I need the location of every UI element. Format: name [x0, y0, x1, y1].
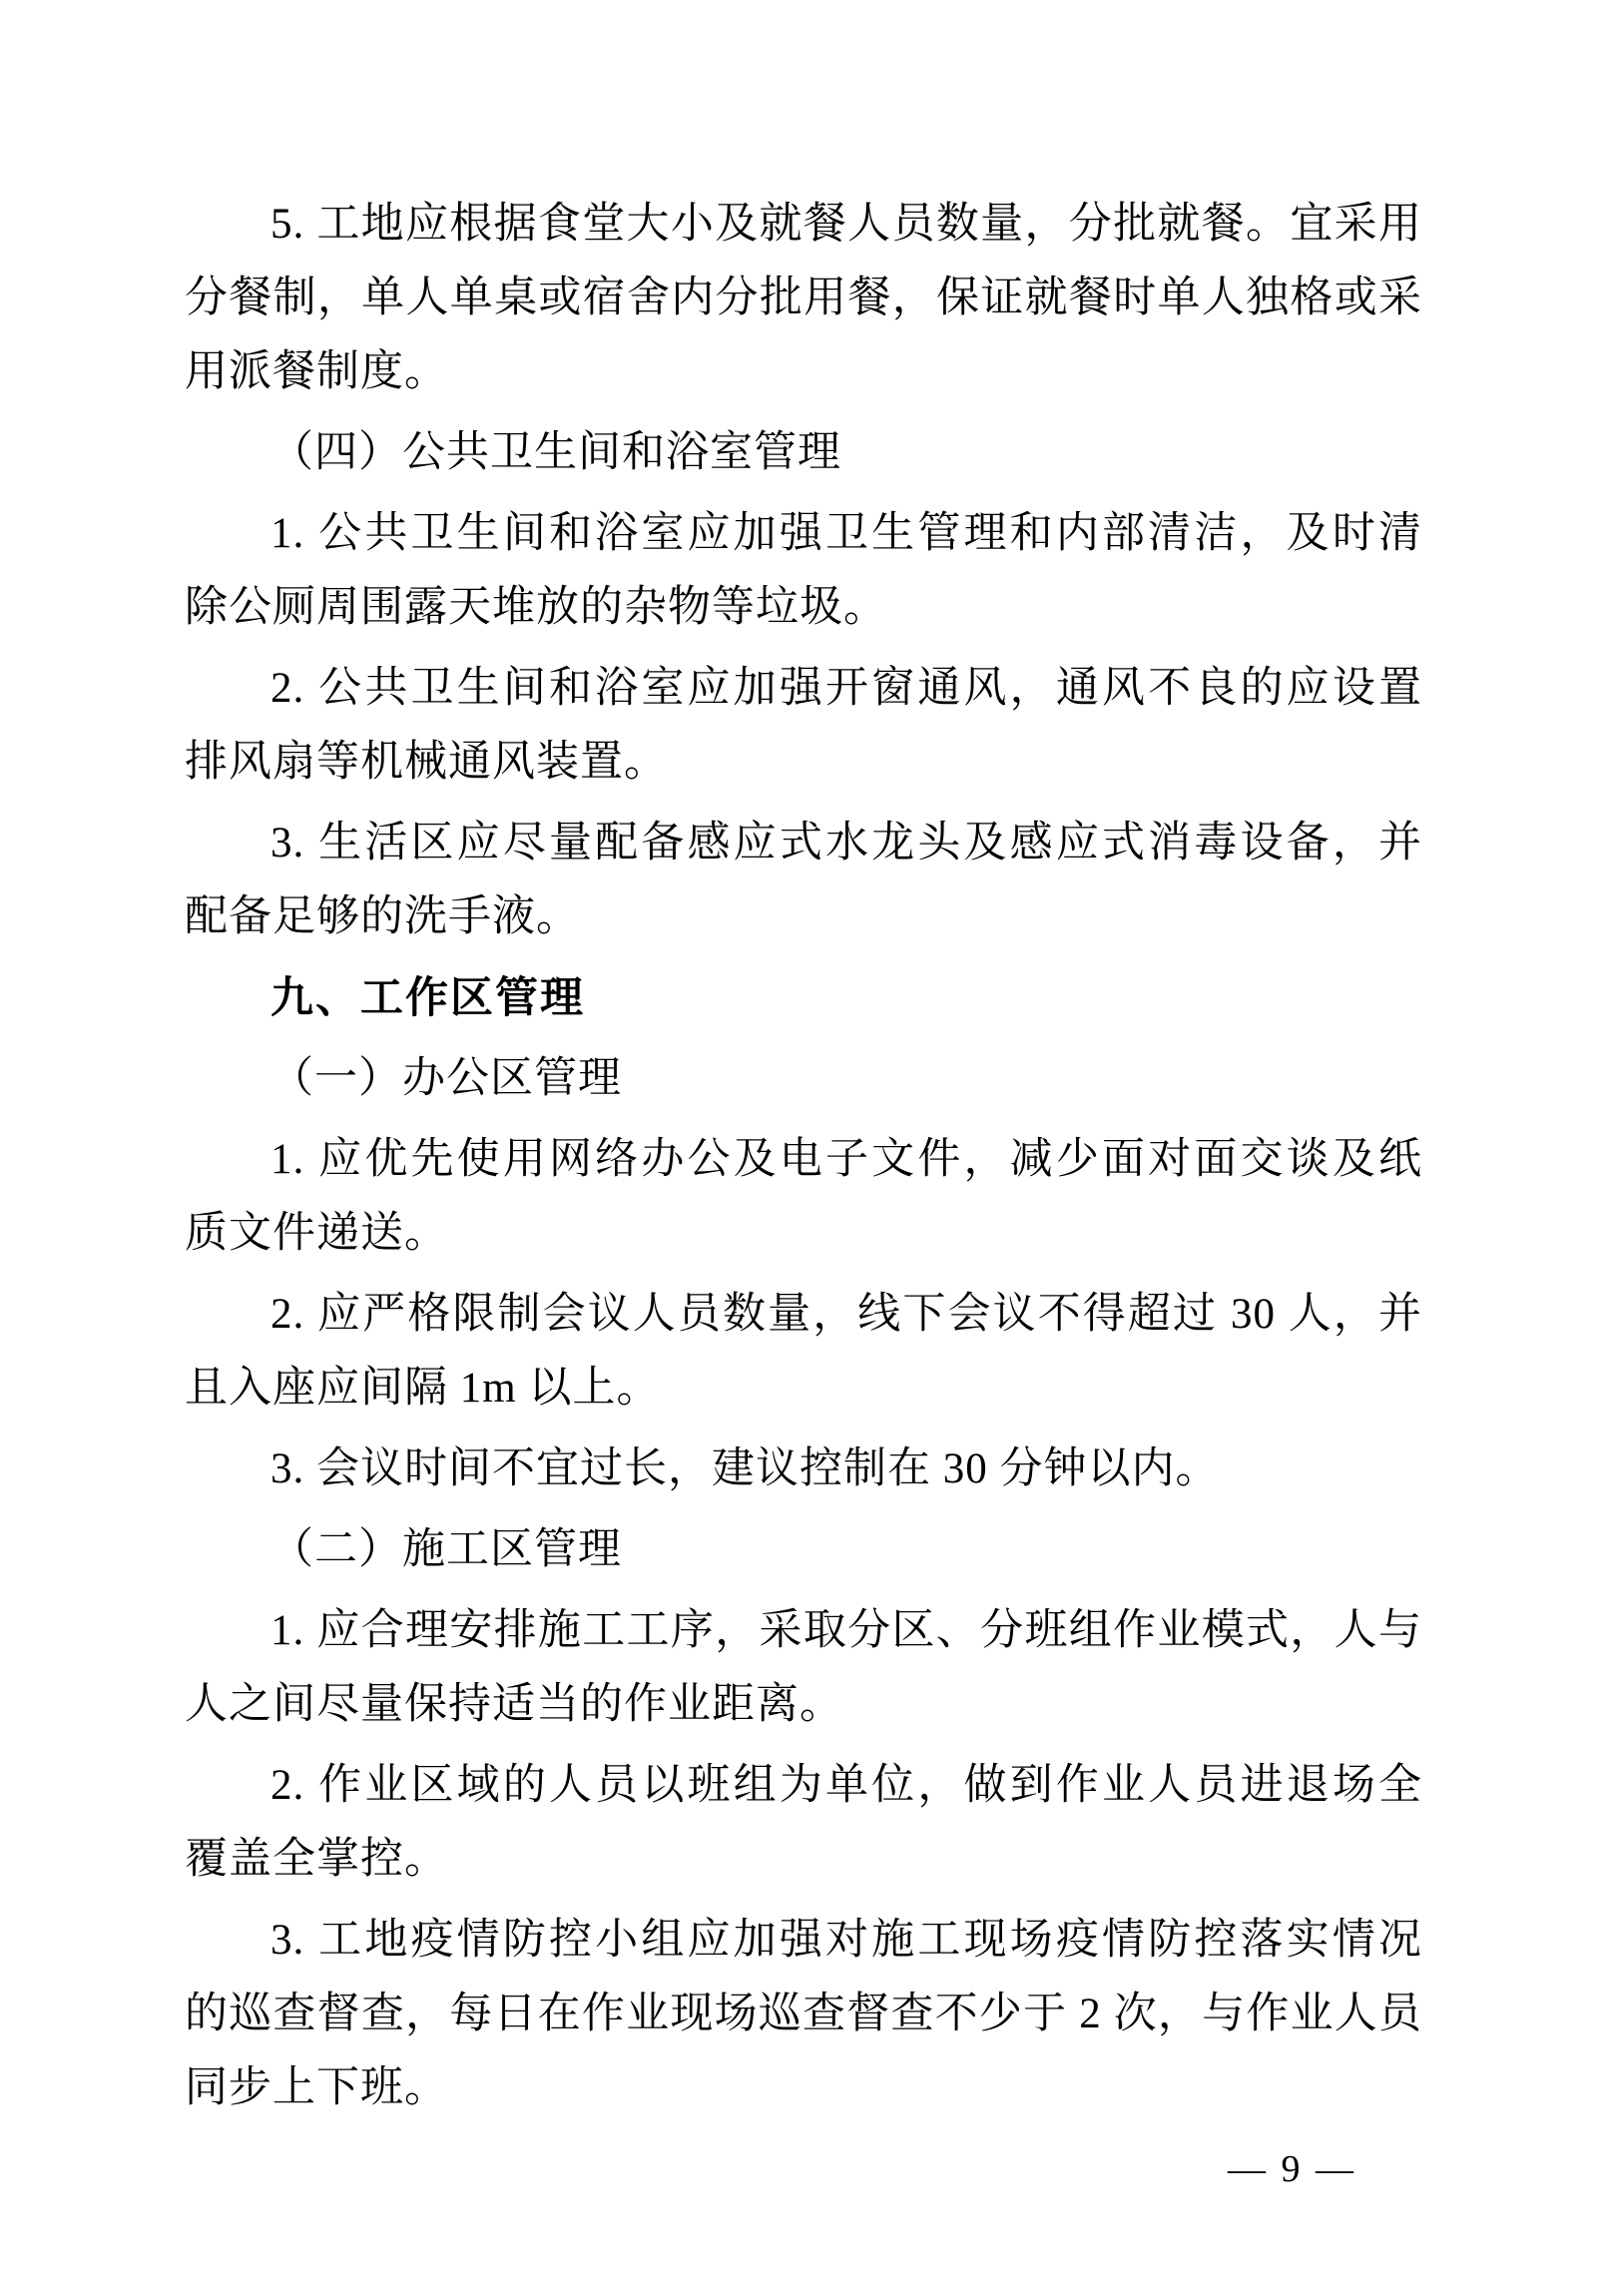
- text-line: 质文件递送。: [185, 1197, 1422, 1271]
- text-line: 覆盖全掌控。: [185, 1823, 1422, 1897]
- text-line: （四）公共卫生间和浴室管理: [185, 416, 1422, 490]
- paragraph: 2. 作业区域的人员以班组为单位，做到作业人员进退场全覆盖全掌控。: [185, 1749, 1422, 1897]
- paragraph: 3. 会议时间不宜过长，建议控制在 30 分钟以内。: [185, 1433, 1422, 1506]
- text-line: 1. 应合理安排施工工序，采取分区、分班组作业模式，人与: [185, 1594, 1422, 1668]
- paragraph: （四）公共卫生间和浴室管理: [185, 416, 1422, 490]
- text-line: 5. 工地应根据食堂大小及就餐人员数量，分批就餐。宜采用: [185, 188, 1422, 262]
- text-line: 用派餐制度。: [185, 335, 1422, 409]
- text-line: 的巡查督查，每日在作业现场巡查督查不少于 2 次，与作业人员: [185, 1978, 1422, 2051]
- text-line: 1. 公共卫生间和浴室应加强卫生管理和内部清洁，及时清: [185, 497, 1422, 571]
- document-page: 5. 工地应根据食堂大小及就餐人员数量，分批就餐。宜采用分餐制，单人单桌或宿舍内…: [0, 0, 1597, 2296]
- paragraph: 5. 工地应根据食堂大小及就餐人员数量，分批就餐。宜采用分餐制，单人单桌或宿舍内…: [185, 188, 1422, 409]
- paragraph: 1. 应优先使用网络办公及电子文件，减少面对面交谈及纸质文件递送。: [185, 1123, 1422, 1271]
- section-heading: 九、工作区管理: [185, 961, 1422, 1035]
- text-line: 3. 生活区应尽量配备感应式水龙头及感应式消毒设备，并: [185, 807, 1422, 880]
- text-line: 排风扇等机械通风装置。: [185, 726, 1422, 800]
- text-line: 3. 工地疫情防控小组应加强对施工现场疫情防控落实情况: [185, 1904, 1422, 1978]
- text-line: （二）施工区管理: [185, 1513, 1422, 1587]
- paragraph: 3. 工地疫情防控小组应加强对施工现场疫情防控落实情况的巡查督查，每日在作业现场…: [185, 1904, 1422, 2125]
- text-line: 配备足够的洗手液。: [185, 880, 1422, 954]
- paragraph: 2. 公共卫生间和浴室应加强开窗通风，通风不良的应设置排风扇等机械通风装置。: [185, 652, 1422, 800]
- text-line: 同步上下班。: [185, 2051, 1422, 2125]
- text-line: 2. 公共卫生间和浴室应加强开窗通风，通风不良的应设置: [185, 652, 1422, 726]
- paragraph: 1. 应合理安排施工工序，采取分区、分班组作业模式，人与人之间尽量保持适当的作业…: [185, 1594, 1422, 1742]
- text-line: 3. 会议时间不宜过长，建议控制在 30 分钟以内。: [185, 1433, 1422, 1506]
- paragraph: 3. 生活区应尽量配备感应式水龙头及感应式消毒设备，并配备足够的洗手液。: [185, 807, 1422, 954]
- text-line: 分餐制，单人单桌或宿舍内分批用餐，保证就餐时单人独格或采: [185, 262, 1422, 335]
- paragraph: （一）办公区管理: [185, 1042, 1422, 1116]
- section-heading-line: 九、工作区管理: [185, 961, 1422, 1035]
- document-body: 5. 工地应根据食堂大小及就餐人员数量，分批就餐。宜采用分餐制，单人单桌或宿舍内…: [185, 188, 1422, 2125]
- text-line: 且入座应间隔 1m 以上。: [185, 1352, 1422, 1426]
- text-line: 1. 应优先使用网络办公及电子文件，减少面对面交谈及纸: [185, 1123, 1422, 1197]
- text-line: 2. 应严格限制会议人员数量，线下会议不得超过 30 人，并: [185, 1278, 1422, 1352]
- paragraph: 1. 公共卫生间和浴室应加强卫生管理和内部清洁，及时清除公厕周围露天堆放的杂物等…: [185, 497, 1422, 645]
- text-line: 2. 作业区域的人员以班组为单位，做到作业人员进退场全: [185, 1749, 1422, 1823]
- text-line: 人之间尽量保持适当的作业距离。: [185, 1668, 1422, 1742]
- paragraph: （二）施工区管理: [185, 1513, 1422, 1587]
- text-line: （一）办公区管理: [185, 1042, 1422, 1116]
- paragraph: 2. 应严格限制会议人员数量，线下会议不得超过 30 人，并且入座应间隔 1m …: [185, 1278, 1422, 1426]
- text-line: 除公厕周围露天堆放的杂物等垃圾。: [185, 571, 1422, 645]
- page-number: — 9 —: [1228, 2146, 1356, 2192]
